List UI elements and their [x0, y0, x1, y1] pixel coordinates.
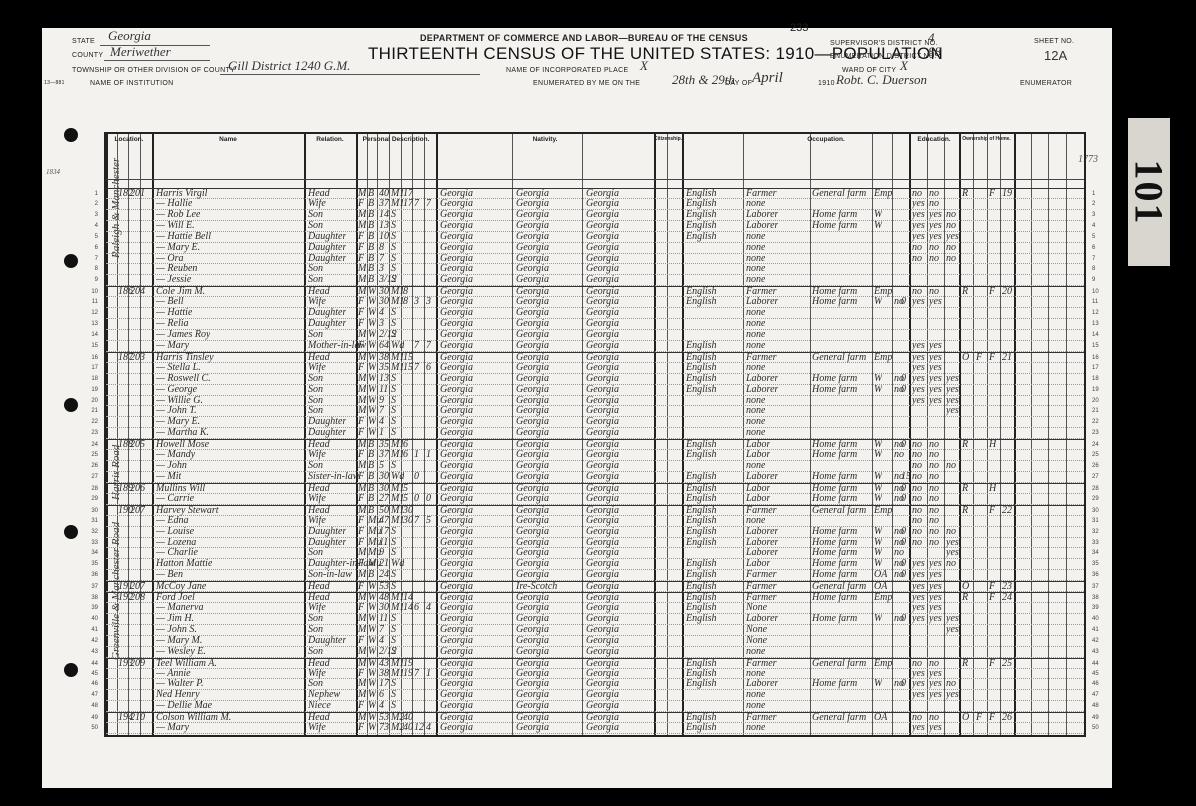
line-number: 21	[80, 406, 98, 416]
line-number-right: 1	[1092, 189, 1106, 199]
person-name: — Manerva	[156, 603, 204, 613]
sex: F	[358, 363, 364, 373]
unemployed: no	[894, 548, 904, 558]
sex: M	[358, 221, 366, 231]
weeks-unemployed: 15	[901, 472, 911, 482]
mother-birthplace: Georgia	[586, 406, 619, 416]
line-number-right: 35	[1092, 559, 1106, 569]
owned-rented: O	[962, 353, 969, 363]
marital-status: S	[391, 417, 396, 427]
father-birthplace: Georgia	[516, 232, 549, 242]
language: English	[686, 297, 717, 307]
employment-class: W	[874, 548, 882, 558]
sex: F	[358, 603, 364, 613]
marital-status: S	[391, 406, 396, 416]
marital-status: S	[391, 428, 396, 438]
township-label: Township or other division of county	[72, 67, 235, 74]
farm-house: H	[989, 440, 996, 450]
relation: Son	[308, 210, 323, 220]
relation: Nephew	[308, 690, 340, 700]
trade: Laborer	[746, 385, 778, 395]
employment-class: Emp	[874, 659, 892, 669]
birthplace: Georgia	[440, 593, 473, 603]
table-row: 2626— JohnSonMB5SGeorgiaGeorgiaGeorgiano…	[106, 461, 1084, 472]
county-label: County	[72, 52, 103, 59]
birthplace: Georgia	[440, 461, 473, 471]
relation: Head	[308, 582, 330, 592]
industry: Home farm	[812, 287, 857, 297]
father-birthplace: Georgia	[516, 713, 549, 723]
birthplace: Georgia	[440, 254, 473, 264]
mother-birthplace: Georgia	[586, 254, 619, 264]
marital-status: S	[391, 636, 396, 646]
birthplace: Georgia	[440, 570, 473, 580]
attended-school: no	[946, 527, 956, 537]
person-name: Cole Jim M.	[156, 287, 205, 297]
can-write: no	[929, 484, 939, 494]
trade: none	[746, 516, 765, 526]
relation: Wife	[308, 450, 326, 460]
race: W	[368, 374, 376, 384]
line-number: 10	[80, 287, 98, 297]
family-number: 209	[130, 659, 145, 669]
census-rows: 11182201Harris VirgilHeadMB40M117Georgia…	[106, 188, 1084, 734]
industry: Home farm	[812, 385, 857, 395]
race: W	[368, 603, 376, 613]
header-personal-description: Personal Description.	[356, 136, 436, 143]
line-number-right: 25	[1092, 450, 1106, 460]
header-ownership: Ownership of Home.	[959, 136, 1014, 142]
farm-schedule: 20	[1002, 287, 1012, 297]
sex: M	[358, 659, 366, 669]
language: English	[686, 341, 717, 351]
trade: Farmer	[746, 713, 777, 723]
mother-birthplace: Georgia	[586, 353, 619, 363]
can-write: no	[929, 538, 939, 548]
employment-class: W	[874, 385, 882, 395]
father-birthplace: Georgia	[516, 516, 549, 526]
mother-birthplace: Georgia	[586, 679, 619, 689]
employment-class: W	[874, 484, 882, 494]
line-number: 9	[80, 275, 98, 285]
farm-house: F	[989, 287, 995, 297]
children-born: 7	[414, 341, 419, 351]
trade: none	[746, 406, 765, 416]
sex: M	[358, 713, 366, 723]
can-read: yes	[912, 385, 925, 395]
race: W	[368, 593, 376, 603]
mother-birthplace: Georgia	[586, 527, 619, 537]
table-row: 33— Rob LeeSonMB14SGeorgiaGeorgiaGeorgia…	[106, 210, 1084, 221]
trade: Farmer	[746, 582, 777, 592]
age: 8	[379, 243, 384, 253]
person-name: — Ora	[156, 254, 184, 264]
sex: F	[358, 723, 364, 733]
industry: Home farm	[812, 374, 857, 384]
farm-schedule: 26	[1002, 713, 1012, 723]
marital-status: S	[391, 330, 396, 340]
age: 73	[379, 723, 389, 733]
farm-house: F	[989, 189, 995, 199]
can-write: no	[929, 243, 939, 253]
relation: Wife	[308, 603, 326, 613]
person-name: — Hattie Bell	[156, 232, 211, 242]
person-name: — Mary	[156, 723, 189, 733]
can-write: yes	[929, 353, 942, 363]
sex: F	[358, 428, 364, 438]
marital-status: S	[391, 385, 396, 395]
birthplace: Georgia	[440, 603, 473, 613]
trade: Laborer	[746, 472, 778, 482]
industry: Home farm	[812, 484, 857, 494]
line-number: 33	[80, 538, 98, 548]
sex: F	[358, 516, 364, 526]
person-name: Teel William A.	[156, 659, 217, 669]
farm-house: F	[989, 506, 995, 516]
owned-rented: O	[962, 713, 969, 723]
father-birthplace: Georgia	[516, 603, 549, 613]
line-number: 29	[80, 494, 98, 504]
line-number-right: 18	[1092, 374, 1106, 384]
relation: Head	[308, 287, 330, 297]
can-write: no	[929, 254, 939, 264]
age: 38	[379, 353, 389, 363]
trade: none	[746, 341, 765, 351]
father-birthplace: Georgia	[516, 450, 549, 460]
sex: M	[358, 506, 366, 516]
birthplace: Georgia	[440, 406, 473, 416]
line-number: 24	[80, 440, 98, 450]
marital-status: S	[391, 275, 396, 285]
marital-status: S	[391, 538, 396, 548]
sex: F	[358, 341, 364, 351]
person-name: — Mary E.	[156, 417, 200, 427]
mother-birthplace: Georgia	[586, 396, 619, 406]
line-number: 43	[80, 647, 98, 657]
mother-birthplace: Georgia	[586, 189, 619, 199]
table-row: 2222— Mary E.DaughterFW4SGeorgiaGeorgiaG…	[106, 417, 1084, 428]
language: English	[686, 494, 717, 504]
language: English	[686, 221, 717, 231]
birthplace: Georgia	[440, 559, 473, 569]
can-read: no	[912, 243, 922, 253]
father-birthplace: Georgia	[516, 341, 549, 351]
age: 24	[379, 570, 389, 580]
mother-birthplace: Georgia	[586, 570, 619, 580]
mother-birthplace: Georgia	[586, 287, 619, 297]
can-read: yes	[912, 374, 925, 384]
line-number-right: 33	[1092, 538, 1106, 548]
relation: Daughter	[308, 319, 346, 329]
line-number: 22	[80, 417, 98, 427]
race: W	[368, 297, 376, 307]
can-write: yes	[929, 690, 942, 700]
race: W	[368, 428, 376, 438]
trade: Farmer	[746, 287, 777, 297]
enumeration-district-value: 88	[928, 44, 941, 60]
table-row: 4040— Jim H.SonMW11SGeorgiaGeorgiaGeorgi…	[106, 614, 1084, 625]
years-married: 17	[403, 189, 413, 199]
birthplace: Georgia	[440, 516, 473, 526]
line-number: 8	[80, 264, 98, 274]
table-row: 4747Ned HenryNephewMW6SGeorgiaGeorgiaGeo…	[106, 690, 1084, 701]
line-number: 48	[80, 701, 98, 711]
line-number-right: 12	[1092, 308, 1106, 318]
weeks-unemployed: 0	[901, 385, 906, 395]
mother-birthplace: Georgia	[586, 210, 619, 220]
person-name: — Louise	[156, 527, 194, 537]
employment-class: OA	[874, 582, 887, 592]
marital-status: S	[391, 548, 396, 558]
weeks-unemployed: 0	[901, 484, 906, 494]
table-row: 4343— Wesley E.SonMW2/12SGeorgiaGeorgiaG…	[106, 647, 1084, 658]
table-row: 3838192208Ford JoelHeadMW48M114GeorgiaGe…	[106, 592, 1084, 603]
can-write: no	[929, 472, 939, 482]
owned-rented: R	[962, 189, 968, 199]
can-read: no	[912, 472, 922, 482]
owned-rented: R	[962, 506, 968, 516]
father-birthplace: Georgia	[516, 308, 549, 318]
sex: M	[358, 275, 366, 285]
language: English	[686, 484, 717, 494]
person-name: — Will E.	[156, 221, 195, 231]
header-relation: Relation.	[304, 136, 356, 143]
family-number: 207	[130, 582, 145, 592]
table-row: 1313— ReliaDaughterFW3SGeorgiaGeorgiaGeo…	[106, 319, 1084, 330]
relation: Niece	[308, 701, 331, 711]
father-birthplace: Georgia	[516, 527, 549, 537]
trade: none	[746, 232, 765, 242]
language: English	[686, 570, 717, 580]
can-write: yes	[929, 374, 942, 384]
race: W	[368, 679, 376, 689]
age: 9	[379, 396, 384, 406]
birthplace: Georgia	[440, 582, 473, 592]
line-number-right: 46	[1092, 679, 1106, 689]
county-underline	[104, 60, 210, 61]
mother-birthplace: Georgia	[586, 548, 619, 558]
can-write: yes	[929, 723, 942, 733]
state-label: State	[72, 38, 95, 45]
sex: F	[358, 494, 364, 504]
race: B	[368, 189, 374, 199]
father-birthplace: Georgia	[516, 636, 549, 646]
can-read: yes	[912, 297, 925, 307]
mother-birthplace: Georgia	[586, 199, 619, 209]
birthplace: Georgia	[440, 450, 473, 460]
person-name: — Roswell C.	[156, 374, 211, 384]
line-number-right: 24	[1092, 440, 1106, 450]
birthplace: Georgia	[440, 538, 473, 548]
marital-status: S	[391, 679, 396, 689]
trade: Laborer	[746, 614, 778, 624]
age: 10	[379, 232, 389, 242]
language: English	[686, 472, 717, 482]
line-number: 49	[80, 713, 98, 723]
line-number: 18	[80, 374, 98, 384]
employment-class: W	[874, 494, 882, 504]
sex: F	[358, 527, 364, 537]
race: W	[368, 713, 376, 723]
person-name: — George	[156, 385, 197, 395]
can-read: yes	[912, 603, 925, 613]
line-number-right: 28	[1092, 484, 1106, 494]
age: 48	[379, 593, 389, 603]
mother-birthplace: Georgia	[586, 669, 619, 679]
trade: Labor	[746, 484, 770, 494]
mother-birthplace: Georgia	[586, 297, 619, 307]
person-name: — Dellie Mae	[156, 701, 212, 711]
birthplace: Georgia	[440, 353, 473, 363]
father-birthplace: Georgia	[516, 254, 549, 264]
person-name: McCoy Jane	[156, 582, 206, 592]
age: 6	[379, 690, 384, 700]
race: W	[368, 582, 376, 592]
table-row: 55— Hattie BellDaughterFB10SGeorgiaGeorg…	[106, 232, 1084, 243]
age: 4	[379, 701, 384, 711]
line-number: 23	[80, 428, 98, 438]
trade: none	[746, 669, 765, 679]
sex: F	[358, 297, 364, 307]
line-number: 19	[80, 385, 98, 395]
township-value: Gill District 1240 G.M.	[228, 58, 350, 74]
industry: General farm	[812, 189, 866, 199]
children-born: 7	[414, 199, 419, 209]
employment-class: W	[874, 614, 882, 624]
day-of-label: day of	[725, 80, 752, 87]
age: 13	[379, 221, 389, 231]
table-row: 2121— John T.SonMW7SGeorgiaGeorgiaGeorgi…	[106, 406, 1084, 417]
line-number: 12	[80, 308, 98, 318]
mother-birthplace: Georgia	[586, 319, 619, 329]
relation: Son	[308, 275, 323, 285]
age: 37	[379, 450, 389, 460]
table-row: 11182201Harris VirgilHeadMB40M117Georgia…	[106, 188, 1084, 199]
person-name: — Mary M.	[156, 636, 202, 646]
person-name: — Ben	[156, 570, 183, 580]
sex: M	[358, 353, 366, 363]
age: 64	[379, 341, 389, 351]
can-read: yes	[912, 232, 925, 242]
mother-birthplace: Georgia	[586, 385, 619, 395]
birthplace: Georgia	[440, 690, 473, 700]
age: 40	[379, 189, 389, 199]
industry: Home farm	[812, 472, 857, 482]
person-name: — Hattie	[156, 308, 192, 318]
unemployed: no	[894, 450, 904, 460]
person-name: Harvey Stewart	[156, 506, 219, 516]
sex: F	[358, 232, 364, 242]
line-number-right: 15	[1092, 341, 1106, 351]
trade: Laborer	[746, 679, 778, 689]
father-birthplace: Georgia	[516, 472, 549, 482]
trade: none	[746, 363, 765, 373]
sex: M	[358, 440, 366, 450]
table-row: 1010186204Cole Jim M.HeadMW30M18GeorgiaG…	[106, 286, 1084, 297]
line-number: 41	[80, 625, 98, 635]
line-number-right: 11	[1092, 297, 1106, 307]
birthplace: Georgia	[440, 527, 473, 537]
attended-school: yes	[946, 385, 959, 395]
line-number: 35	[80, 559, 98, 569]
line-number-right: 3	[1092, 210, 1106, 220]
sex: F	[358, 559, 364, 569]
can-read: yes	[912, 559, 925, 569]
mother-birthplace: Georgia	[586, 723, 619, 733]
years-married: 5	[403, 484, 408, 494]
line-number: 13	[80, 319, 98, 329]
marital-status: S	[391, 570, 396, 580]
punch-hole	[64, 254, 78, 268]
line-number: 27	[80, 472, 98, 482]
table-row: 2424188205Howell MoseHeadMB35M16GeorgiaG…	[106, 439, 1084, 450]
age: 30	[379, 472, 389, 482]
birthplace: Georgia	[440, 494, 473, 504]
birthplace: Georgia	[440, 374, 473, 384]
race: B	[368, 440, 374, 450]
years-married: 6	[403, 450, 408, 460]
trade: none	[746, 701, 765, 711]
relation: Daughter	[308, 243, 346, 253]
relation: Head	[308, 353, 330, 363]
children-born: 1	[414, 450, 419, 460]
line-number-right: 8	[1092, 264, 1106, 274]
department-heading: DEPARTMENT OF COMMERCE AND LABOR—BUREAU …	[420, 33, 748, 43]
relation: Son	[308, 625, 323, 635]
table-row: 2727— MitSister-in-lawFB30Wd0GeorgiaGeor…	[106, 472, 1084, 483]
sex: F	[358, 199, 364, 209]
punch-hole	[64, 525, 78, 539]
industry: Home farm	[812, 210, 857, 220]
person-name: — Edna	[156, 516, 189, 526]
years-married: 40	[403, 713, 413, 723]
person-name: — Lozena	[156, 538, 196, 548]
sex: M	[358, 484, 366, 494]
enumerated-label: Enumerated by me on the	[533, 80, 640, 87]
marital-status: S	[391, 264, 396, 274]
father-birthplace: Georgia	[516, 659, 549, 669]
trade: None	[746, 636, 767, 646]
marital-status: S	[391, 308, 396, 318]
table-row: 5050— MaryWifeFW73M240124GeorgiaGeorgiaG…	[106, 723, 1084, 734]
father-birthplace: Georgia	[516, 221, 549, 231]
trade: Farmer	[746, 659, 777, 669]
farm-schedule: 19	[1002, 189, 1012, 199]
can-read: no	[912, 450, 922, 460]
weeks-unemployed: 0	[901, 374, 906, 384]
trade: none	[746, 330, 765, 340]
sex: F	[358, 669, 364, 679]
line-number-right: 38	[1092, 593, 1106, 603]
children-living: 4	[426, 603, 431, 613]
sex: M	[358, 690, 366, 700]
farm-house: H	[989, 484, 996, 494]
trade: none	[746, 275, 765, 285]
birthplace: Georgia	[440, 330, 473, 340]
birthplace: Georgia	[440, 396, 473, 406]
language: English	[686, 516, 717, 526]
person-name: — Bell	[156, 297, 184, 307]
race: B	[368, 570, 374, 580]
father-birthplace: Georgia	[516, 363, 549, 373]
employment-class: W	[874, 450, 882, 460]
age: 53	[379, 713, 389, 723]
can-write: yes	[929, 614, 942, 624]
race: W	[368, 659, 376, 669]
marital-status: S	[391, 254, 396, 264]
can-read: no	[912, 516, 922, 526]
can-read: yes	[912, 199, 925, 209]
